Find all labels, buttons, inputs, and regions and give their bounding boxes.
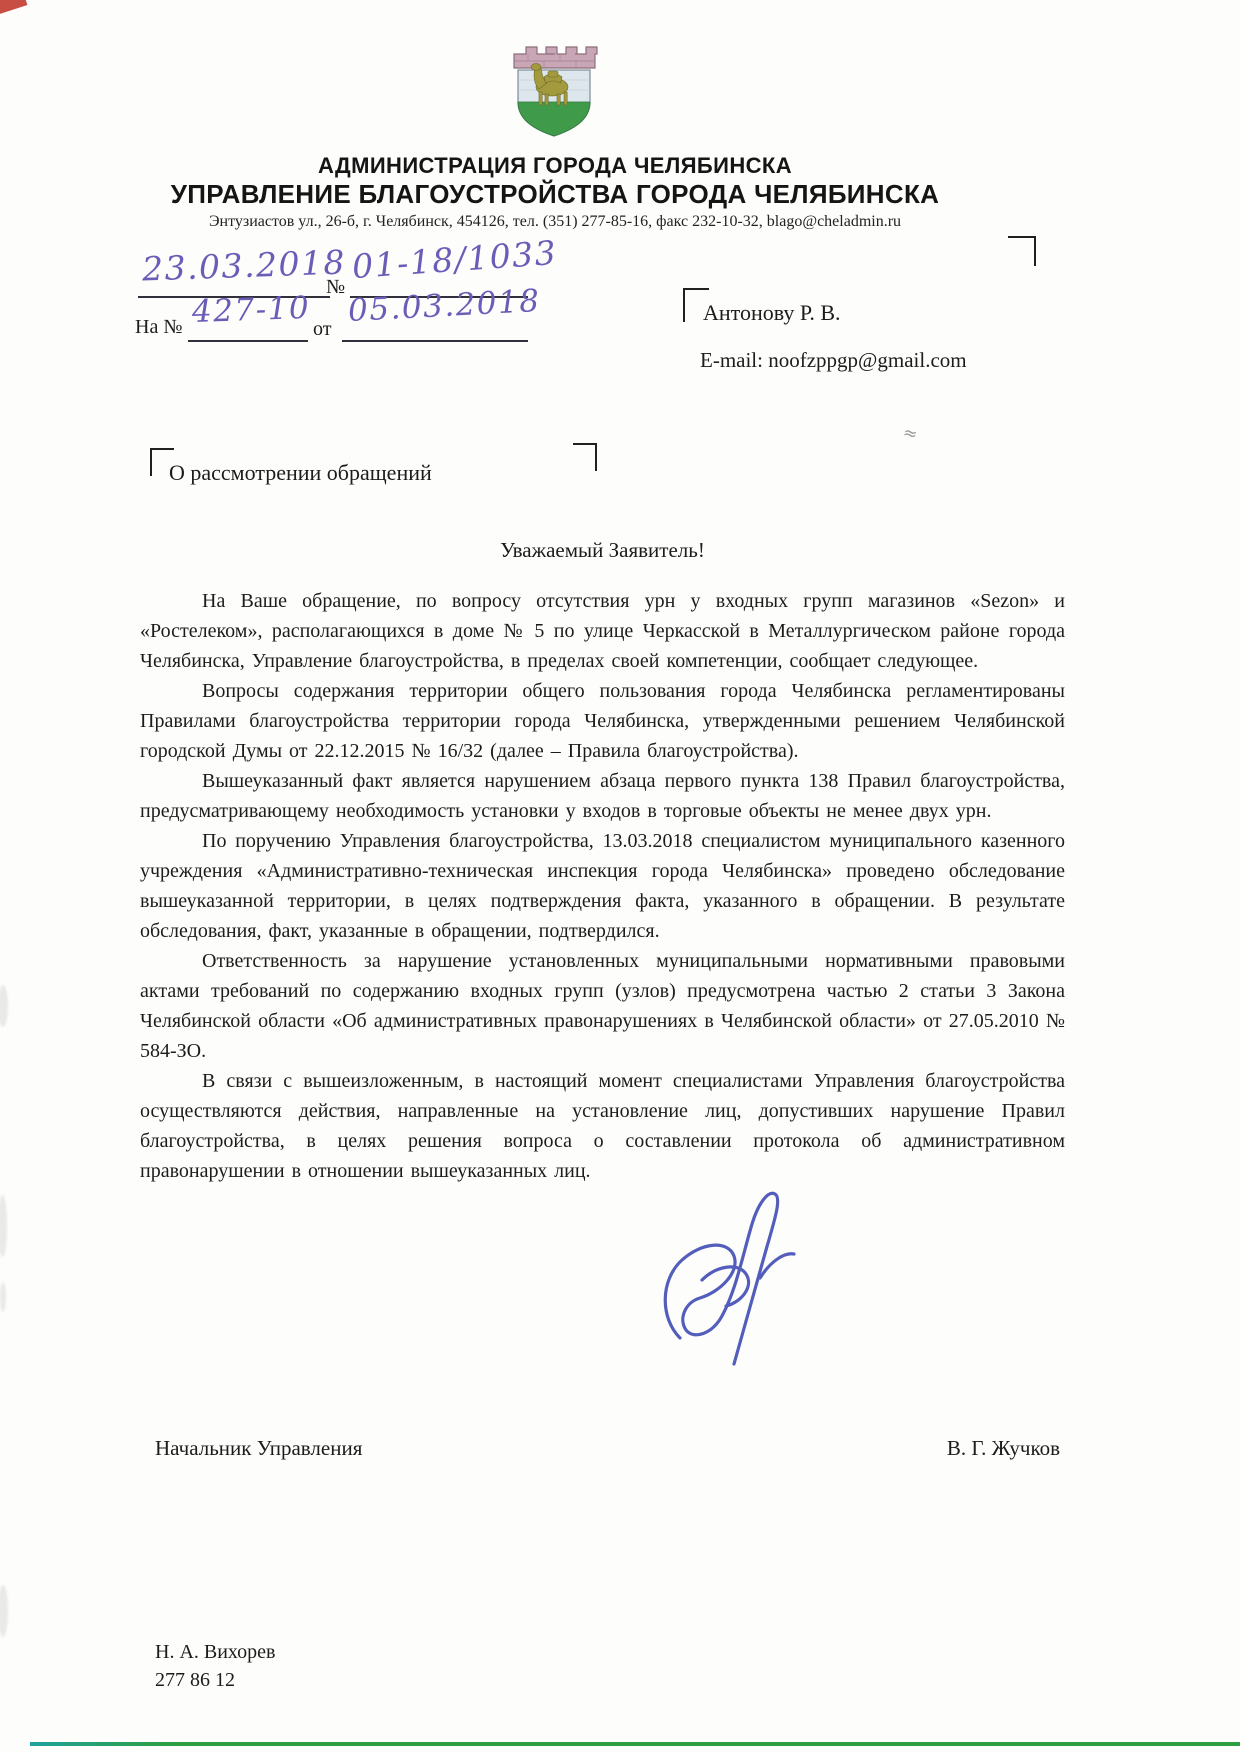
- letter-body: На Ваше обращение, по вопросу отсутствия…: [140, 586, 1065, 1186]
- signer-position: Начальник Управления: [155, 1436, 362, 1461]
- from-label: от: [313, 318, 331, 341]
- crest-green-base: [518, 102, 590, 136]
- body-paragraph: В связи с вышеизложенным, в настоящий мо…: [140, 1066, 1065, 1186]
- executor-phone: 277 86 12: [155, 1666, 276, 1694]
- incoming-number-underline: [188, 340, 308, 342]
- body-paragraph: Вышеуказанный факт является нарушением а…: [140, 766, 1065, 826]
- outgoing-date-handwritten: 23.03.2018: [141, 242, 346, 288]
- executor-block: Н. А. Вихорев 277 86 12: [155, 1638, 276, 1694]
- recipient-email: E-mail: noofzppgp@gmail.com: [700, 348, 967, 373]
- outgoing-number-handwritten: 01-18/1033: [351, 233, 558, 286]
- scan-artifact-smudge: [0, 985, 8, 1027]
- body-paragraph: По поручению Управления благоустройства,…: [140, 826, 1065, 946]
- scan-artifact-smudge: [0, 1282, 6, 1312]
- org-name-line1: АДМИНИСТРАЦИЯ ГОРОДА ЧЕЛЯБИНСКА: [0, 153, 1110, 179]
- scan-artifact-green-line: [30, 1742, 1240, 1746]
- scanned-letter-page: АДМИНИСТРАЦИЯ ГОРОДА ЧЕЛЯБИНСКА УПРАВЛЕН…: [0, 0, 1240, 1753]
- salutation: Уважаемый Заявитель!: [140, 538, 1065, 563]
- crest-wall: [514, 47, 597, 68]
- chelyabinsk-coat-of-arms-icon: [508, 42, 600, 142]
- body-paragraph: Вопросы содержания территории общего пол…: [140, 676, 1065, 766]
- incoming-number-handwritten: 427-10: [191, 290, 310, 330]
- incoming-date-underline: [342, 340, 528, 342]
- recipient-name: Антонову Р. В.: [703, 300, 841, 326]
- handwritten-signature-icon: [642, 1188, 832, 1373]
- scan-artifact-smudge: [0, 1195, 7, 1257]
- org-name-line2: УПРАВЛЕНИЕ БЛАГОУСТРОЙСТВА ГОРОДА ЧЕЛЯБИ…: [0, 179, 1110, 210]
- scan-artifact-red-corner: [0, 0, 27, 14]
- subject-line: О рассмотрении обращений: [169, 460, 432, 486]
- executor-name: Н. А. Вихорев: [155, 1638, 276, 1666]
- body-paragraph: На Ваше обращение, по вопросу отсутствия…: [140, 586, 1065, 676]
- scan-artifact-smudge: [0, 1585, 8, 1637]
- corner-mark-subject-right: [573, 443, 597, 471]
- coat-of-arms-graphic: [508, 42, 600, 142]
- corner-mark-top-right: [1008, 236, 1036, 266]
- org-address-line: Энтузиастов ул., 26-б, г. Челябинск, 454…: [0, 213, 1110, 231]
- signer-name: В. Г. Жучков: [840, 1436, 1060, 1461]
- scan-artifact-pen-mark: ≈: [901, 423, 919, 446]
- reply-to-label: На №: [135, 316, 182, 339]
- body-paragraph: Ответственность за нарушение установленн…: [140, 946, 1065, 1066]
- incoming-date-handwritten: 05.03.2018: [347, 283, 541, 329]
